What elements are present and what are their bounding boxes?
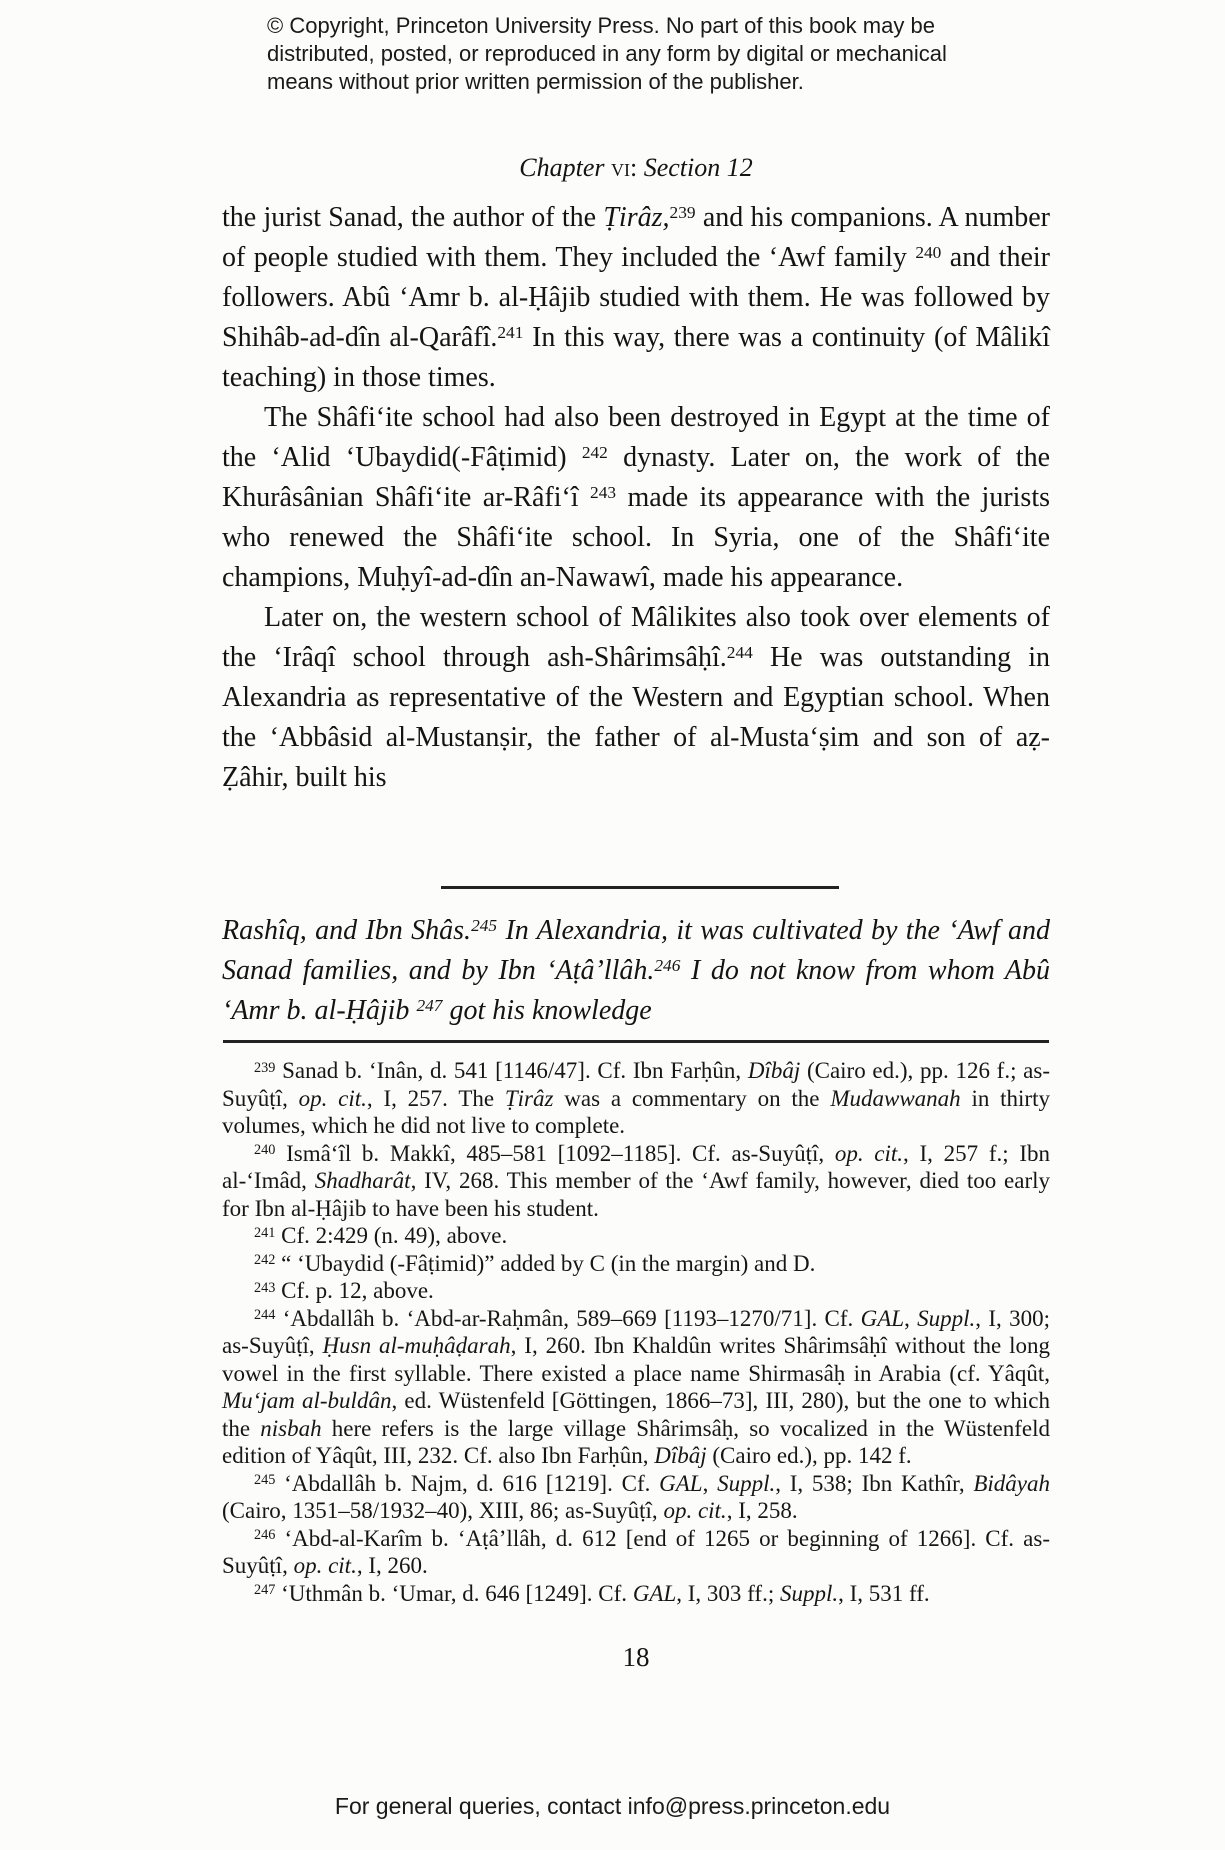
footnote: 239 Sanad b. ‘Inân, d. 541 [1146/47]. Cf…: [222, 1057, 1050, 1140]
footnote: 241 Cf. 2:429 (n. 49), above.: [222, 1222, 1050, 1250]
copyright-line: © Copyright, Princeton University Press.…: [267, 12, 1057, 40]
book-page: © Copyright, Princeton University Press.…: [0, 0, 1225, 1850]
footnote: 244 ‘Abdallâh b. ‘Abd-ar-Raḥmân, 589–669…: [222, 1305, 1050, 1470]
body-paragraph: Later on, the western school of Mâlikite…: [222, 598, 1050, 798]
copyright-line: distributed, posted, or reproduced in an…: [267, 40, 1057, 68]
copyright-line: means without prior written permission o…: [267, 68, 1057, 96]
footnote: 240 Ismâ‘îl b. Makkî, 485–581 [1092–1185…: [222, 1140, 1050, 1223]
footnote: 245 ‘Abdallâh b. Najm, d. 616 [1219]. Cf…: [222, 1470, 1050, 1525]
body-paragraph: The Shâfi‘ite school had also been destr…: [222, 398, 1050, 598]
footnote: 246 ‘Abd-al-Karîm b. ‘Aṭâ’llâh, d. 612 […: [222, 1525, 1050, 1580]
variant-divider-rule: [441, 886, 839, 889]
variant-text-block: Rashîq, and Ibn Shâs.245 In Alexandria, …: [222, 911, 1050, 1031]
page-number: 18: [222, 1642, 1050, 1673]
footnote: 247 ‘Uthmân b. ‘Umar, d. 646 [1249]. Cf.…: [222, 1580, 1050, 1608]
copyright-notice: © Copyright, Princeton University Press.…: [267, 12, 1057, 96]
footnote: 242 “ ‘Ubaydid (-Fâṭimid)” added by C (i…: [222, 1250, 1050, 1278]
body-paragraph: the jurist Sanad, the author of the Ṭirâ…: [222, 198, 1050, 398]
footnote-divider-rule: [223, 1040, 1049, 1043]
footnotes-block: 239 Sanad b. ‘Inân, d. 541 [1146/47]. Cf…: [222, 1057, 1050, 1607]
chapter-heading: Chapter vi: Section 12: [222, 153, 1050, 183]
footnote: 243 Cf. p. 12, above.: [222, 1277, 1050, 1305]
footer-contact: For general queries, contact info@press.…: [0, 1793, 1225, 1820]
main-text: the jurist Sanad, the author of the Ṭirâ…: [222, 198, 1050, 798]
